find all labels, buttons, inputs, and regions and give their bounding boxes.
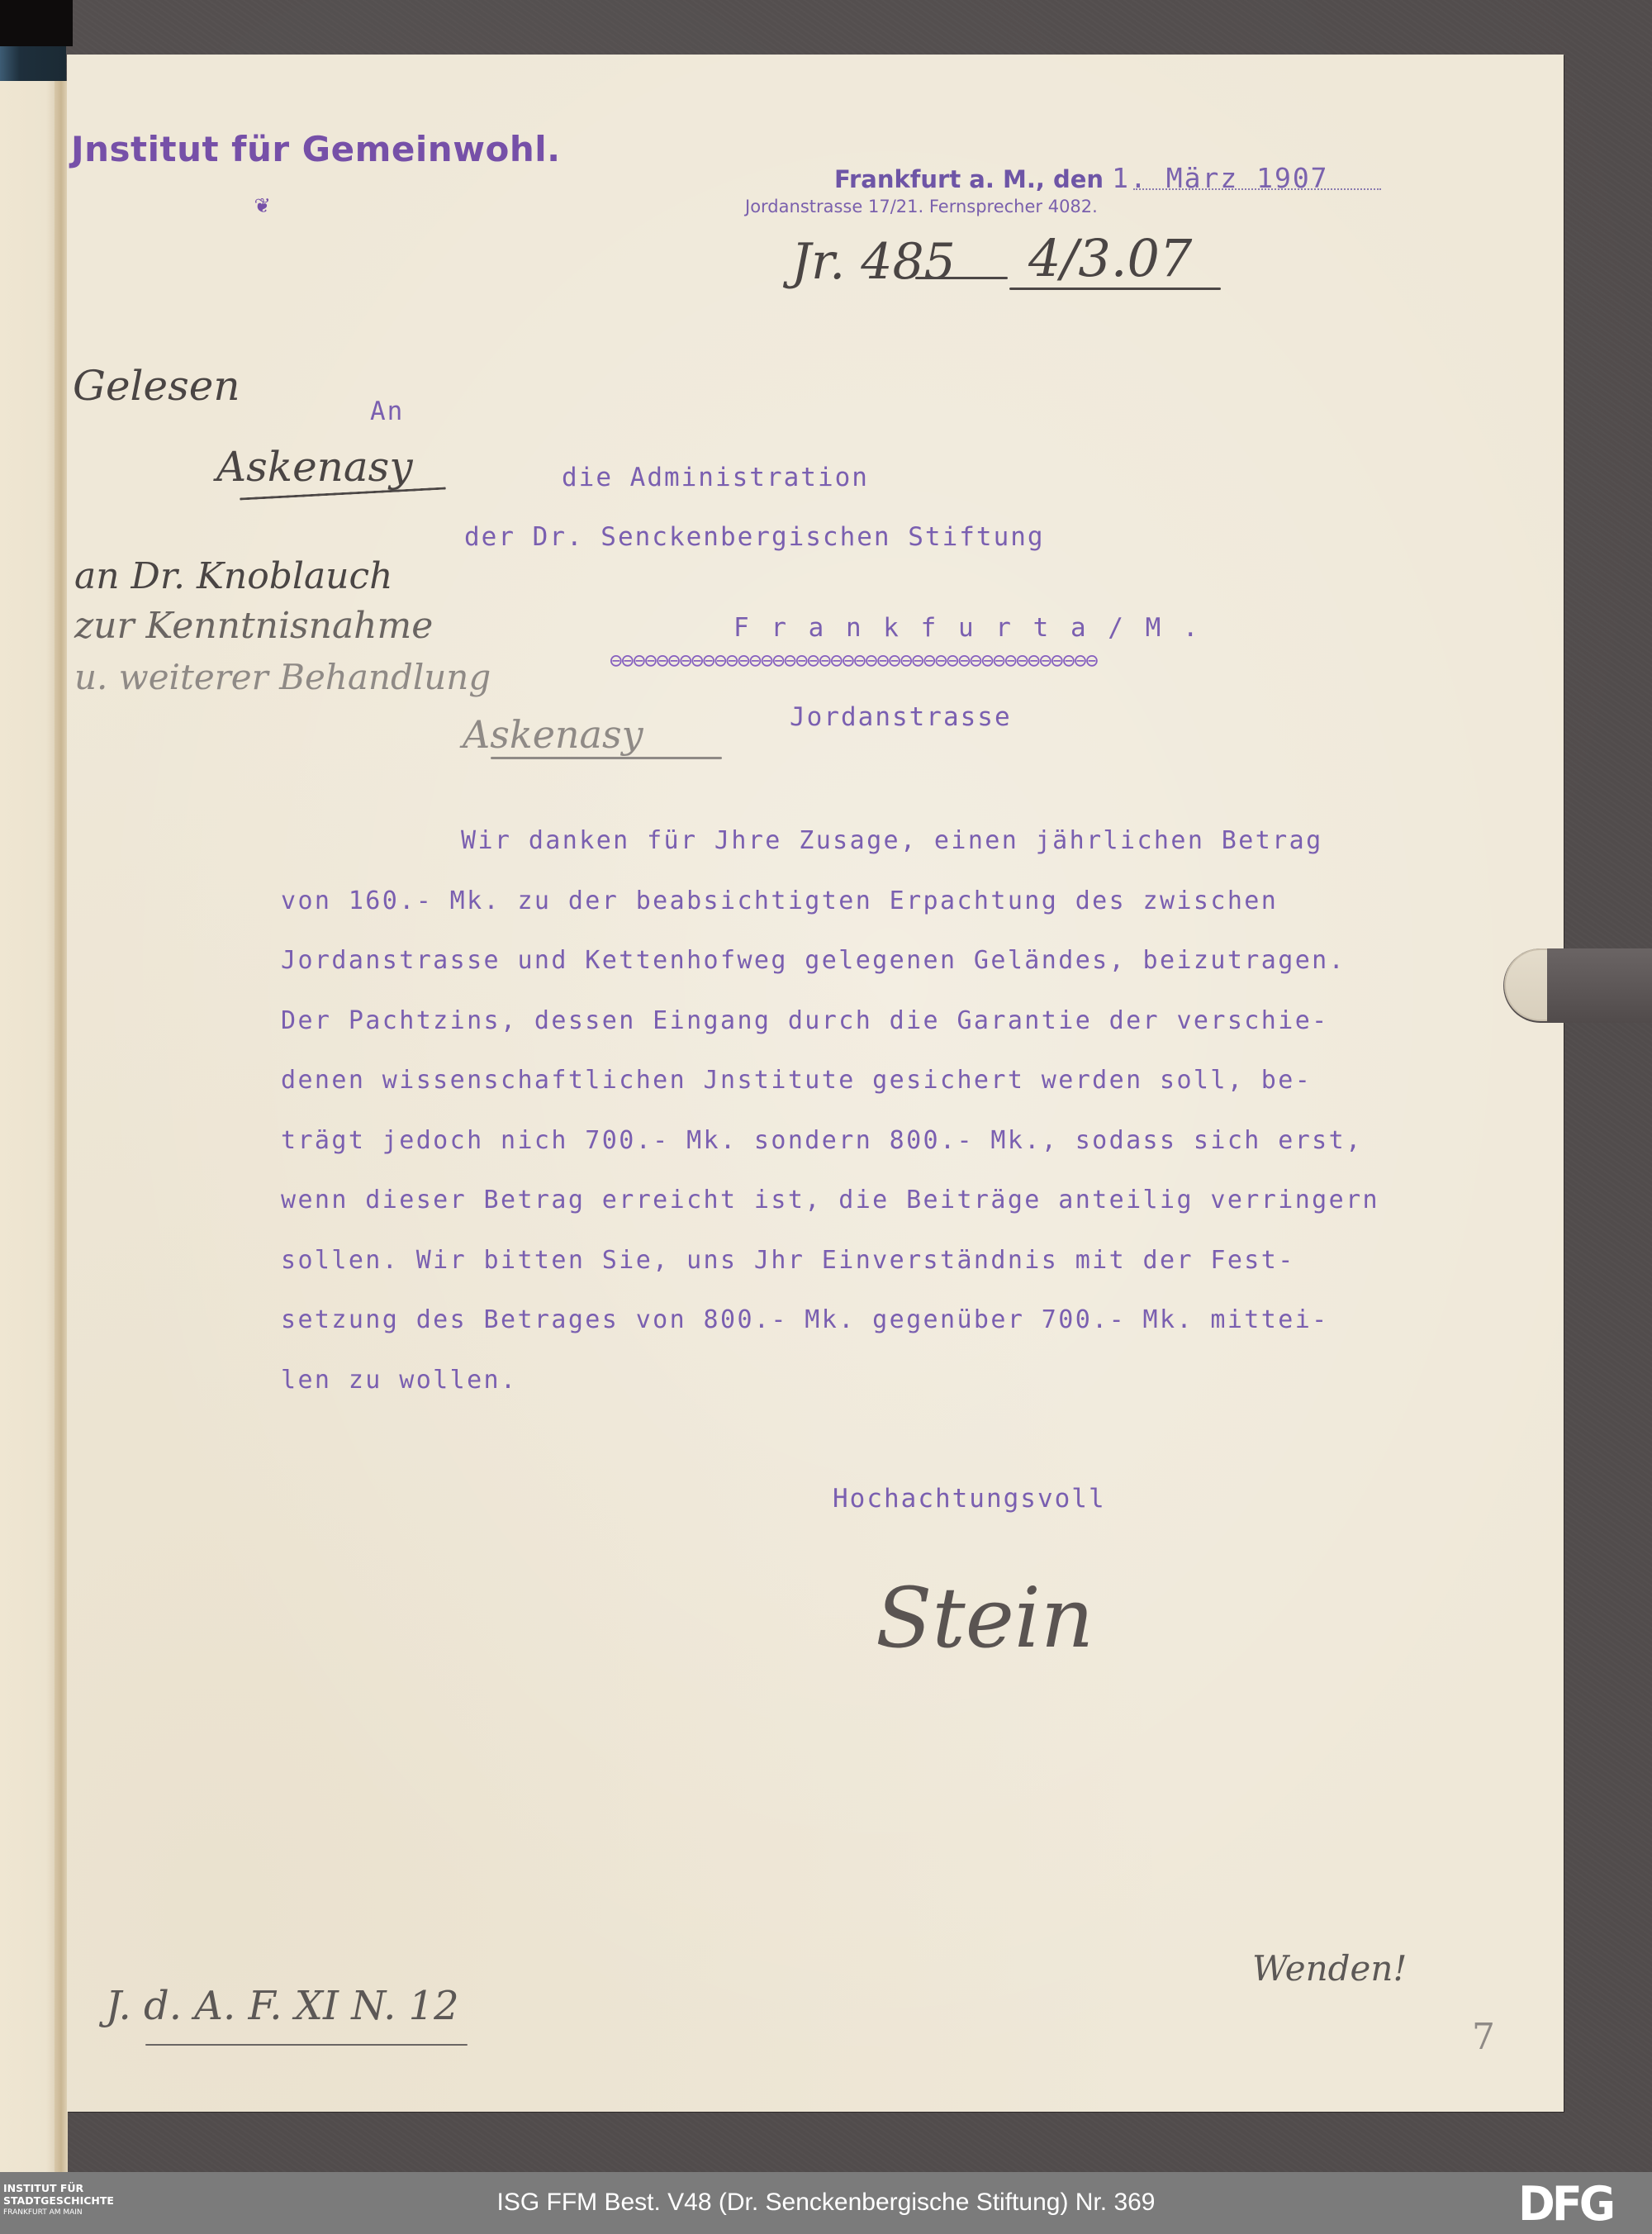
margin-note-line-1: an Dr. Knoblauch xyxy=(74,555,393,597)
page-fold xyxy=(55,81,68,2173)
margin-initials-1: Askenasy xyxy=(216,443,413,491)
letterhead-institution: Jnstitut für Gemeinwohl. xyxy=(71,129,561,169)
body-line: trägt jedoch nich 700.- Mk. sondern 800.… xyxy=(281,1126,1363,1155)
archive-footer-bar: INSTITUT FÜR STADTGESCHICHTE FRANKFURT A… xyxy=(0,2172,1652,2234)
page-number: 7 xyxy=(1472,2016,1495,2058)
handwritten-journal-no: Jr. 485 xyxy=(791,233,956,291)
filing-reference-underline xyxy=(145,2044,468,2046)
initials-2-underline xyxy=(491,757,722,759)
margin-initials-2: Askenasy xyxy=(463,712,643,757)
body-line: von 160.- Mk. zu der beabsichtigten Erpa… xyxy=(281,886,1278,915)
body-line: Der Pachtzins, dessen Eingang durch die … xyxy=(281,1006,1329,1035)
recipient-street: Jordanstrasse xyxy=(790,702,1012,732)
letterhead-address: Jordanstrasse 17/21. Fernsprecher 4082. xyxy=(745,197,1098,216)
margin-note-gelesen: Gelesen xyxy=(73,362,240,410)
note-wenden: Wenden! xyxy=(1252,1948,1407,1989)
signature: Stein xyxy=(876,1570,1094,1666)
ornament-icon: ❦ xyxy=(254,190,269,219)
handwritten-received-date: 4/3.07 xyxy=(1028,228,1192,288)
previous-sheet xyxy=(0,81,58,2173)
dateline-place: Frankfurt a. M., den xyxy=(834,165,1104,193)
body-line: Jordanstrasse und Kettenhofweg gelegenen… xyxy=(281,946,1346,975)
body-line: denen wissenschaftlichen Jnstitute gesic… xyxy=(281,1066,1312,1095)
recipient-prefix: An xyxy=(370,397,404,426)
body-line: wenn dieser Betrag erreicht ist, die Bei… xyxy=(281,1186,1379,1214)
body-line: Wir danken für Jhre Zusage, einen jährli… xyxy=(461,826,1323,855)
recipient-line-1: die Administration xyxy=(562,463,869,492)
body-line: setzung des Betrages von 800.- Mk. gegen… xyxy=(281,1305,1329,1334)
filing-reference: J. d. A. F. XI N. 12 xyxy=(106,1983,459,2029)
body-line: len zu wollen. xyxy=(281,1366,517,1395)
recipient-line-2: der Dr. Senckenbergischen Stiftung xyxy=(464,522,1045,552)
margin-note-line-2: zur Kenntnisnahme xyxy=(74,605,433,647)
archive-signature-title: ISG FFM Best. V48 (Dr. Senckenbergische … xyxy=(0,2189,1652,2217)
body-line: sollen. Wir bitten Sie, uns Jhr Einverst… xyxy=(281,1246,1295,1275)
binding-cover xyxy=(0,0,73,46)
recipient-city: F r a n k f u r t a / M . xyxy=(733,613,1202,643)
received-date-underline xyxy=(1009,288,1221,290)
dateline-dotted-rule xyxy=(1133,188,1381,190)
journal-no-underline xyxy=(915,277,1008,279)
binding-cover-blue xyxy=(0,46,66,81)
margin-note-line-3: u. weiterer Behandlung xyxy=(74,657,491,697)
dfg-logo: DFG xyxy=(1518,2181,1612,2228)
recipient-separator-rule: ⊖⊖⊖⊖⊖⊖⊖⊖⊖⊖⊖⊖⊖⊖⊖⊖⊖⊖⊖⊖⊖⊖⊖⊖⊖⊖⊖⊖⊖⊖⊖⊖⊖⊖⊖⊖⊖⊖⊖⊖… xyxy=(610,649,1097,673)
valediction: Hochachtungsvoll xyxy=(833,1484,1106,1514)
